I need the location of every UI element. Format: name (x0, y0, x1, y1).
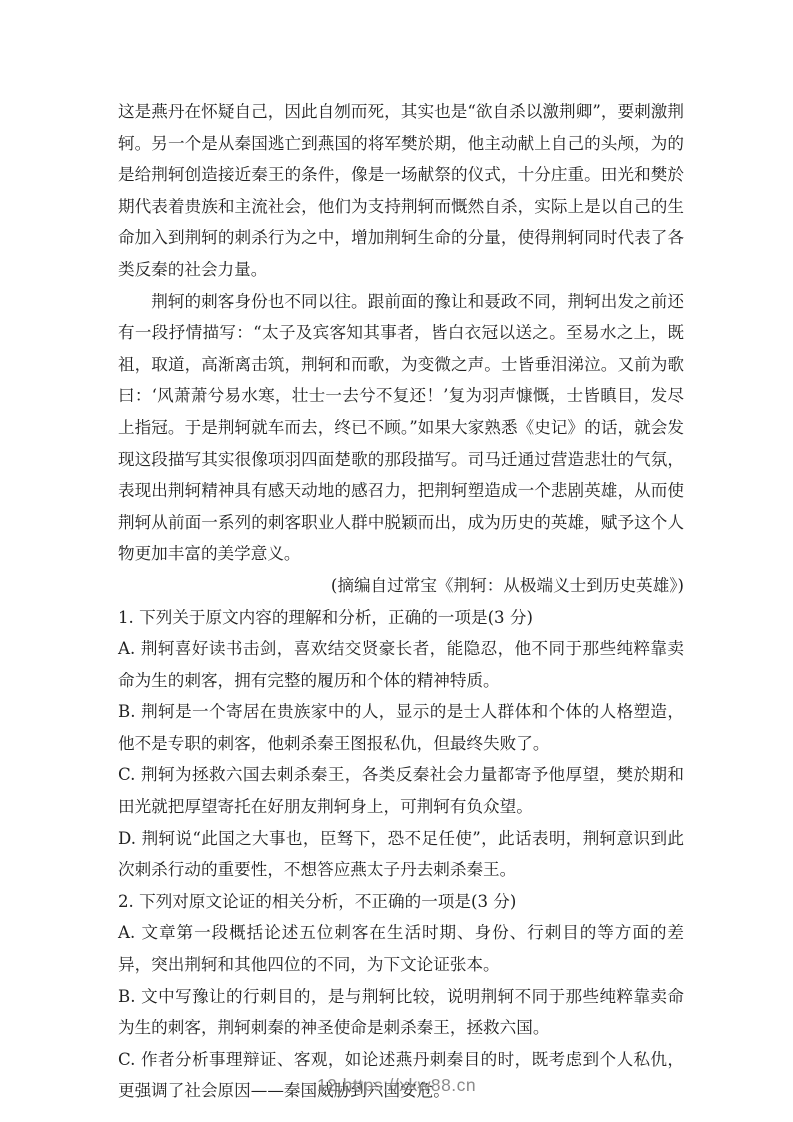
question-1-option-c: C. 荆轲为拯救六国去刺杀秦王，各类反秦社会力量都寄予他厚望，樊於期和田光就把厚… (118, 759, 684, 822)
question-2-option-b: B. 文中写豫让的行刺目的，是与荆轲比较，说明荆轲不同于那些纯粹靠卖命为生的刺客… (118, 981, 684, 1044)
footer-url: https://xkw88.cn (343, 1075, 476, 1095)
question-1-option-d: D. 荆轲说“此国之大事也，臣驽下，恐不足任使”，此话表明，荆轲意识到此次刺杀行… (118, 823, 684, 886)
question-1-option-a: A. 荆轲喜好读书击剑，喜欢结交贤豪长者，能隐忍，他不同于那些纯粹靠卖命为生的刺… (118, 633, 684, 696)
question-2-stem: 2. 下列对原文论证的相关分析，不正确的一项是(3 分) (118, 886, 684, 918)
body-paragraph-1: 这是燕丹在怀疑自己，因此自刎而死，其实也是“欲自杀以激荆卿”，要刺激荆轲。另一个… (118, 96, 684, 286)
page-content: 这是燕丹在怀疑自己，因此自刎而死，其实也是“欲自杀以激荆卿”，要刺激荆轲。另一个… (118, 96, 684, 1107)
scanned-exam-page: 这是燕丹在怀疑自己，因此自刎而死，其实也是“欲自杀以激荆卿”，要刺激荆轲。另一个… (0, 0, 793, 1122)
page-footer: 12 https://xkw88.cn (0, 1075, 793, 1096)
question-2-option-a: A. 文章第一段概括论述五位刺客在生活时期、身份、行刺目的等方面的差异，突出荆轲… (118, 917, 684, 980)
question-1-option-b: B. 荆轲是一个寄居在贵族家中的人，显示的是士人群体和个体的人格塑造，他不是专职… (118, 696, 684, 759)
page-number: 12 (317, 1075, 337, 1095)
question-1-stem: 1. 下列关于原文内容的理解和分析，正确的一项是(3 分) (118, 602, 684, 634)
source-attribution: (摘编自过常宝《荆轲：从极端义士到历史英雄》) (118, 570, 684, 602)
body-paragraph-2: 荆轲的刺客身份也不同以往。跟前面的豫让和聂政不同，荆轲出发之前还有一段抒情描写：… (118, 286, 684, 570)
